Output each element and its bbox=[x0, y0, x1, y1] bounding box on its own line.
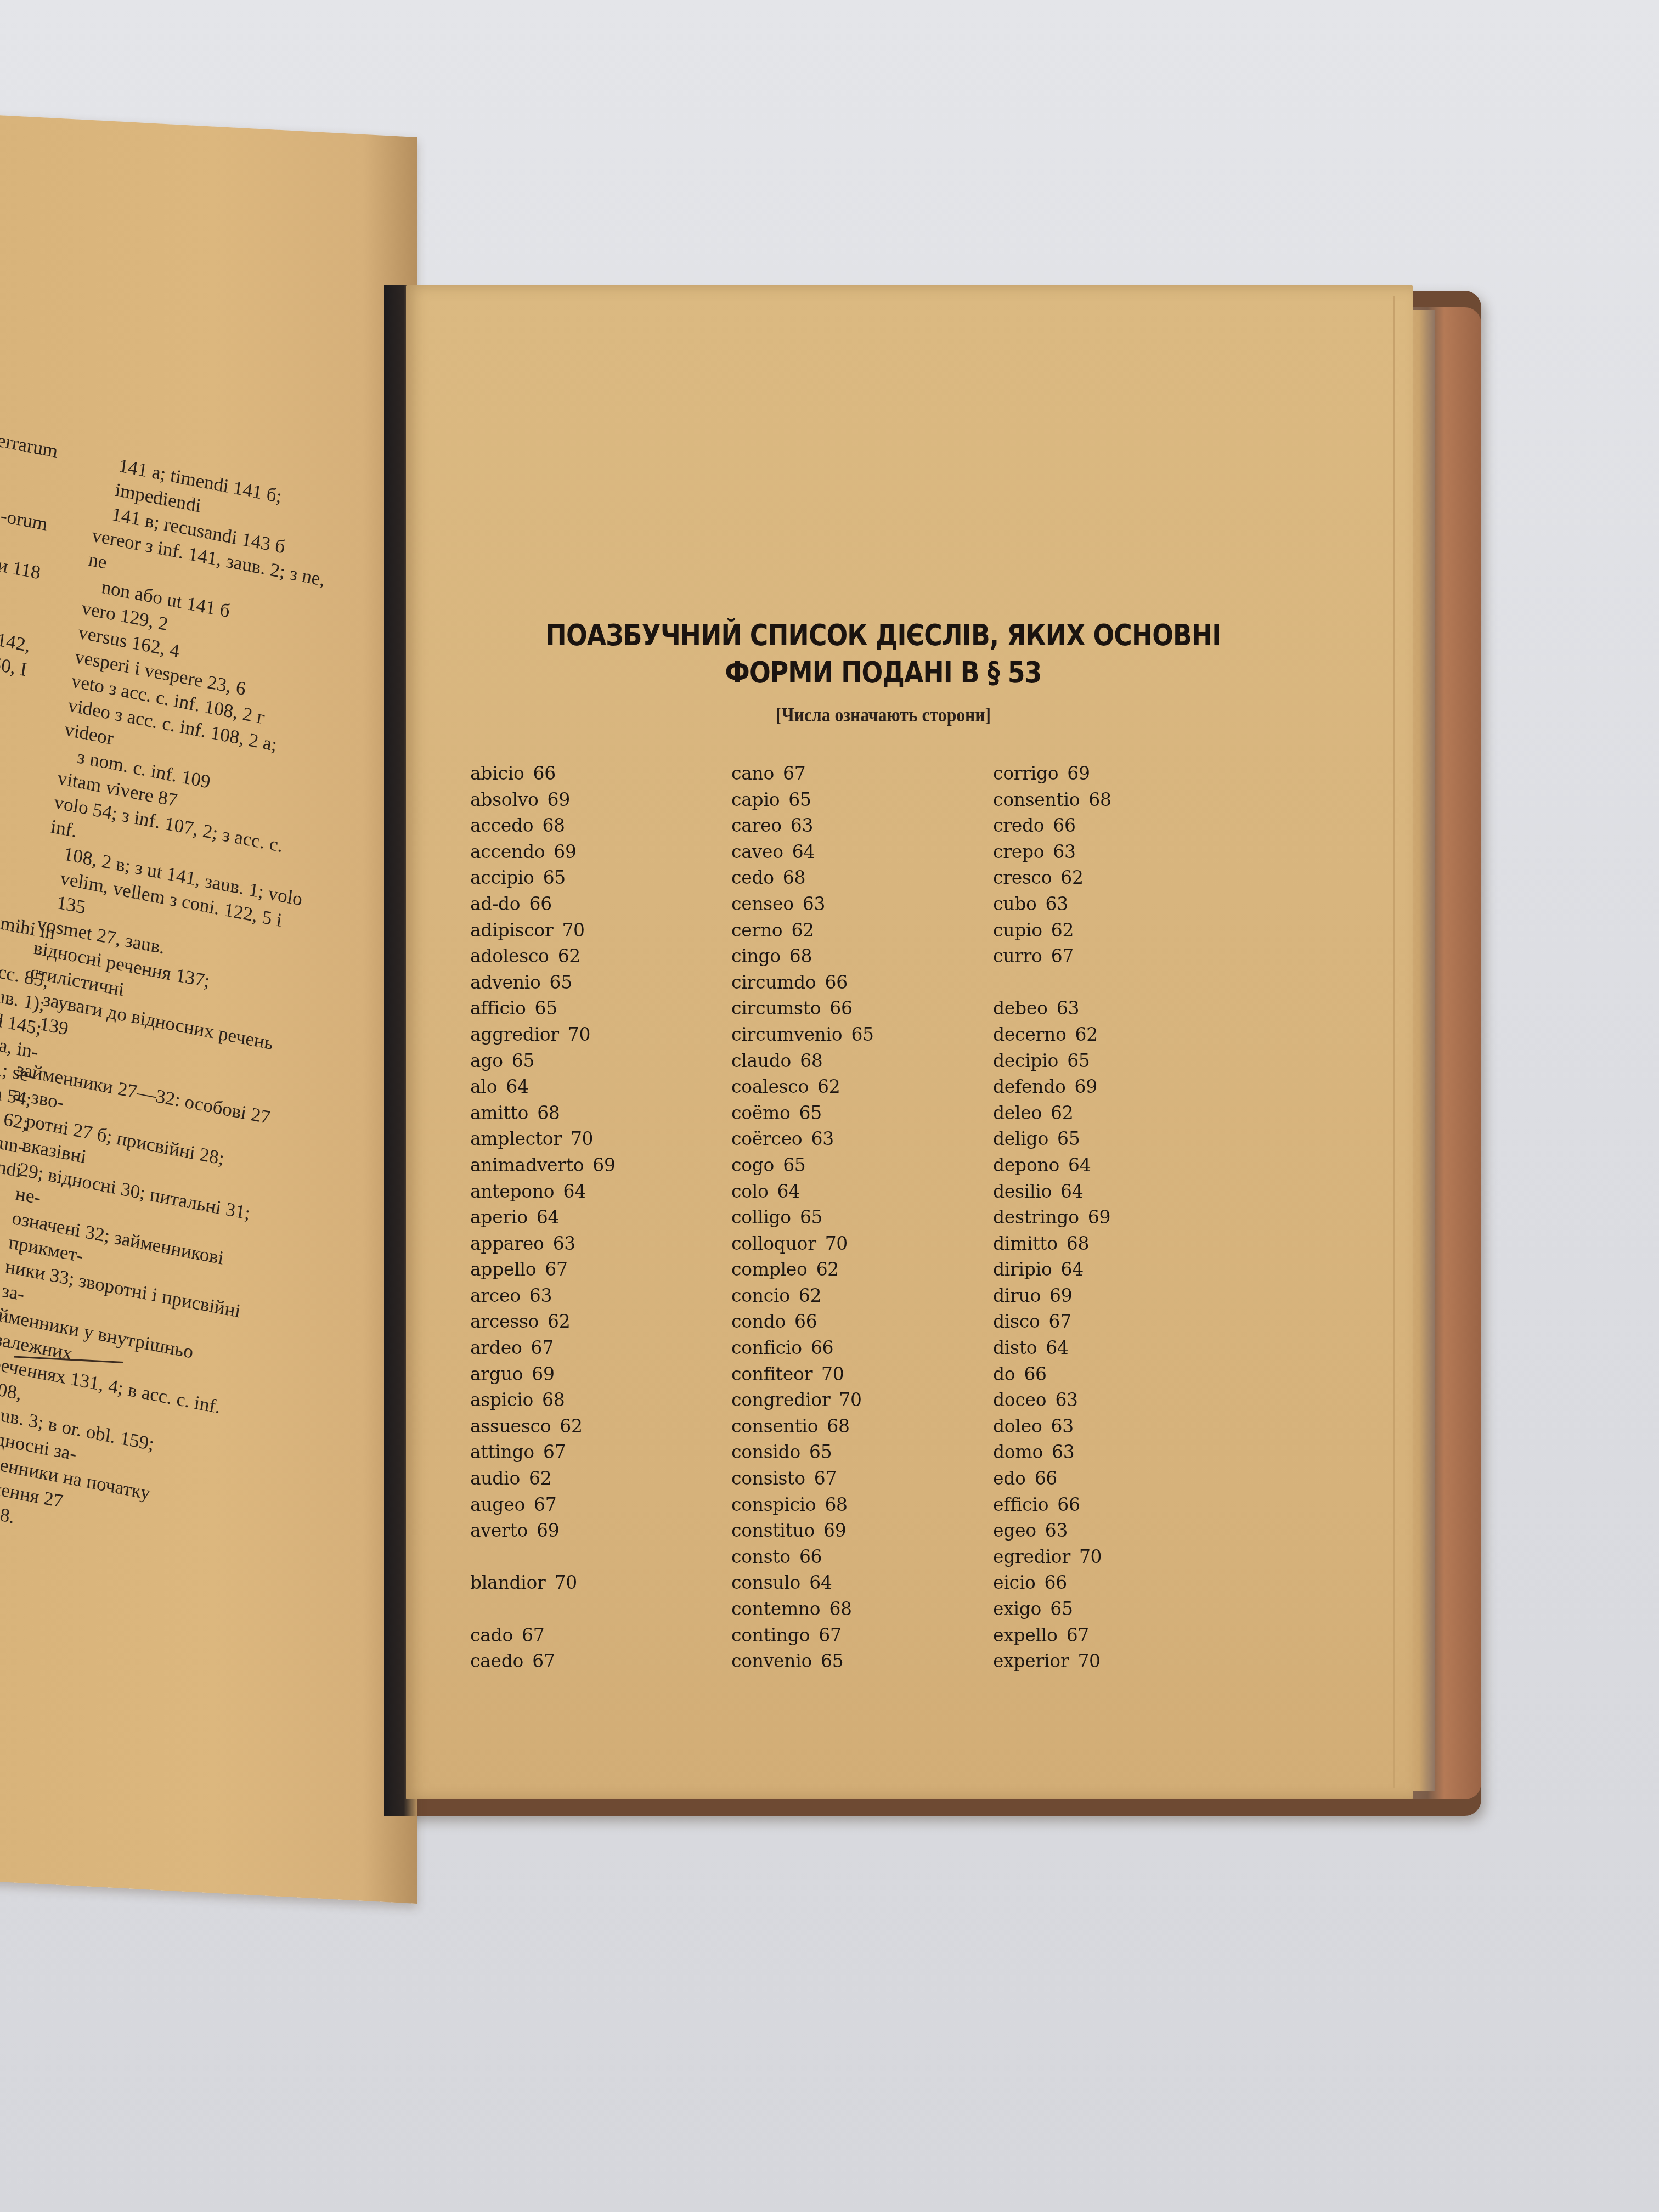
page-number: 62 bbox=[529, 1468, 551, 1489]
verb-index-entry: caveo64 bbox=[731, 839, 874, 865]
page-number: 65 bbox=[800, 1206, 822, 1228]
verb-index-entry: domo63 bbox=[993, 1439, 1111, 1465]
verb-index-entry: consentio68 bbox=[731, 1413, 874, 1440]
page-number: 68 bbox=[1088, 789, 1111, 810]
verb-index-entry: cingo68 bbox=[731, 943, 874, 969]
verb-index-entry: concio62 bbox=[731, 1283, 874, 1309]
verb-index-entry: accipio65 bbox=[470, 865, 616, 891]
page-number: 66 bbox=[529, 893, 551, 915]
verb-name: coëmo bbox=[731, 1102, 791, 1124]
verb-name: arceo bbox=[470, 1285, 521, 1306]
verb-name: doleo bbox=[993, 1415, 1042, 1437]
verb-name: compleo bbox=[731, 1259, 808, 1280]
verb-name: diruo bbox=[993, 1285, 1041, 1306]
page-number: 68 bbox=[829, 1598, 851, 1620]
page-number: 67 bbox=[545, 1259, 567, 1280]
verb-name: antepono bbox=[470, 1181, 554, 1202]
verb-name: caedo bbox=[470, 1650, 523, 1672]
verb-index-entry: capio65 bbox=[731, 787, 874, 813]
verb-index-entry: arceo63 bbox=[470, 1283, 616, 1309]
verb-name: circumdo bbox=[731, 972, 816, 993]
page-number: 69 bbox=[554, 841, 576, 862]
page-number: 67 bbox=[1048, 1311, 1071, 1332]
verb-index-entry: diripio64 bbox=[993, 1256, 1111, 1283]
verb-name: amitto bbox=[470, 1102, 528, 1124]
verb-index-entry: alo64 bbox=[470, 1074, 616, 1100]
verb-index-entry: consulo64 bbox=[731, 1570, 874, 1596]
page-number: 62 bbox=[1051, 1102, 1073, 1124]
verb-name: alo bbox=[470, 1076, 497, 1097]
verb-name: eicio bbox=[993, 1572, 1036, 1593]
page-number: 69 bbox=[823, 1520, 846, 1541]
verb-index-entry: cado67 bbox=[470, 1622, 616, 1649]
verb-name: debeo bbox=[993, 997, 1048, 1019]
verb-index-entry: consisto67 bbox=[731, 1465, 874, 1492]
page-number: 64 bbox=[1060, 1259, 1083, 1280]
verb-index-entry: cresco62 bbox=[993, 865, 1111, 891]
page-number: 66 bbox=[1057, 1494, 1080, 1515]
page-number: 63 bbox=[529, 1285, 552, 1306]
verb-name: decerno bbox=[993, 1024, 1066, 1045]
page-number: 67 bbox=[531, 1337, 553, 1358]
verb-name: attingo bbox=[470, 1441, 534, 1463]
verb-index-entry: destringo69 bbox=[993, 1204, 1111, 1231]
verb-index-entry: arcesso62 bbox=[470, 1308, 616, 1335]
verb-index-entry: dimitto68 bbox=[993, 1231, 1111, 1257]
verb-name: caveo bbox=[731, 841, 783, 862]
verb-name: conficio bbox=[731, 1337, 802, 1358]
verb-index-entry: defendo69 bbox=[993, 1074, 1111, 1100]
verb-name: audio bbox=[470, 1468, 520, 1489]
verb-name: do bbox=[993, 1363, 1015, 1385]
page-number: 67 bbox=[814, 1468, 837, 1489]
verb-name: dimitto bbox=[993, 1233, 1058, 1254]
verb-index-entry: doceo63 bbox=[993, 1387, 1111, 1413]
page-number: 64 bbox=[777, 1181, 800, 1202]
verb-index-entry: cedo68 bbox=[731, 865, 874, 891]
verb-index-entry: careo63 bbox=[731, 812, 874, 839]
page-number: 63 bbox=[1045, 1520, 1068, 1541]
verb-name: cresco bbox=[993, 867, 1052, 888]
verb-name: conspicio bbox=[731, 1494, 816, 1515]
verb-index-entry: constituo69 bbox=[731, 1517, 874, 1544]
verb-name: credo bbox=[993, 815, 1044, 836]
page-number: 63 bbox=[1053, 841, 1075, 862]
verb-name: coalesco bbox=[731, 1076, 809, 1097]
verb-index-entry: diruo69 bbox=[993, 1283, 1111, 1309]
page-number: 62 bbox=[560, 1415, 582, 1437]
verb-index-entry: appareo63 bbox=[470, 1231, 616, 1257]
verb-name: amplector bbox=[470, 1128, 562, 1149]
verb-name: concio bbox=[731, 1285, 790, 1306]
verb-name: aspicio bbox=[470, 1389, 533, 1410]
verb-index-entry: arguo69 bbox=[470, 1361, 616, 1387]
verb-name: cogo bbox=[731, 1154, 774, 1176]
page-number: 62 bbox=[816, 1259, 839, 1280]
page-number: 62 bbox=[548, 1311, 570, 1332]
verb-index-entry: caedo67 bbox=[470, 1648, 616, 1674]
verb-index-entry: cupio62 bbox=[993, 917, 1111, 944]
verb-index-entry: antepono64 bbox=[470, 1178, 616, 1205]
left-page-outer-fragments: i terrarumам. -orumi часи 118. 141, 142,… bbox=[0, 421, 59, 682]
verb-index-entry: ardeo67 bbox=[470, 1335, 616, 1361]
verb-name: capio bbox=[731, 789, 780, 810]
verb-index-entry: desilio64 bbox=[993, 1178, 1111, 1205]
verb-name: colligo bbox=[731, 1206, 791, 1228]
verb-name: cupio bbox=[993, 919, 1042, 941]
verb-name: cano bbox=[731, 763, 774, 784]
verb-index-entry: aspicio68 bbox=[470, 1387, 616, 1413]
page-number: 68 bbox=[825, 1494, 847, 1515]
page-number: 66 bbox=[799, 1546, 822, 1567]
verb-column-1: abicio66absolvo69accedo68accendo69accipi… bbox=[470, 760, 616, 1674]
verb-name: decipio bbox=[993, 1050, 1058, 1071]
page-number: 70 bbox=[555, 1572, 577, 1593]
verb-index-entry: colo64 bbox=[731, 1178, 874, 1205]
page-number: 62 bbox=[817, 1076, 840, 1097]
verb-name: cubo bbox=[993, 893, 1037, 915]
verb-name: congredior bbox=[731, 1389, 830, 1410]
verb-index-entry: circumsto66 bbox=[731, 995, 874, 1022]
page-title: ПОАЗБУЧНИЙ СПИСОК ДІЄСЛІВ, ЯКИХ ОСНОВНІ … bbox=[529, 617, 1237, 692]
verb-name: deligo bbox=[993, 1128, 1048, 1149]
page-fold-line bbox=[1393, 296, 1395, 1788]
verb-index-entry: adolesco62 bbox=[470, 943, 616, 969]
verb-index-entry: debeo63 bbox=[993, 995, 1111, 1022]
verb-name: corrigo bbox=[993, 763, 1058, 784]
verb-name: accendo bbox=[470, 841, 545, 862]
verb-index-entry: claudo68 bbox=[731, 1048, 874, 1074]
verb-name: consido bbox=[731, 1441, 800, 1463]
verb-index-entry: cano67 bbox=[731, 760, 874, 787]
verb-name: abicio bbox=[470, 763, 524, 784]
verb-index-entry: condo66 bbox=[731, 1308, 874, 1335]
page-number: 63 bbox=[1046, 893, 1068, 915]
verb-name: defendo bbox=[993, 1076, 1066, 1097]
page-number: 66 bbox=[794, 1311, 817, 1332]
verb-index-entry: eicio66 bbox=[993, 1570, 1111, 1596]
page-number: 65 bbox=[512, 1050, 534, 1071]
verb-name: desilio bbox=[993, 1181, 1052, 1202]
verb-name: colo bbox=[731, 1181, 769, 1202]
verb-name: egredior bbox=[993, 1546, 1070, 1567]
verb-name: circumsto bbox=[731, 997, 821, 1019]
verb-name: aperio bbox=[470, 1206, 528, 1228]
page-number: 65 bbox=[534, 997, 557, 1019]
verb-name: cado bbox=[470, 1624, 513, 1646]
page-number: 68 bbox=[827, 1415, 849, 1437]
verb-index-entry: augeo67 bbox=[470, 1492, 616, 1518]
verb-name: depono bbox=[993, 1154, 1059, 1176]
verb-index-entry: afficio65 bbox=[470, 995, 616, 1022]
page-title-line-2: ФОРМИ ПОДАНІ В § 53 bbox=[529, 654, 1237, 692]
verb-index-entry: censeo63 bbox=[731, 891, 874, 917]
verb-index-entry: absolvo69 bbox=[470, 787, 616, 813]
page-number: 67 bbox=[783, 763, 805, 784]
page-number: 69 bbox=[537, 1520, 559, 1541]
verb-name: consisto bbox=[731, 1468, 805, 1489]
verb-column-3: corrigo69consentio68credo66crepo63cresco… bbox=[993, 760, 1111, 1674]
page-number: 67 bbox=[1051, 945, 1074, 967]
verb-name: ardeo bbox=[470, 1337, 522, 1358]
verb-index-entry: experior70 bbox=[993, 1648, 1111, 1674]
verb-index-entry: disco67 bbox=[993, 1308, 1111, 1335]
page-number: 66 bbox=[1035, 1468, 1057, 1489]
page-number: 65 bbox=[1067, 1050, 1090, 1071]
verb-index-entry: circumdo66 bbox=[731, 969, 874, 996]
verb-name: consentio bbox=[731, 1415, 818, 1437]
verb-name: condo bbox=[731, 1311, 786, 1332]
page-number: 66 bbox=[1045, 1572, 1067, 1593]
verb-name: doceo bbox=[993, 1389, 1046, 1410]
left-page-index-column: 141 а; timendi 141 б; impediendi141 в; r… bbox=[0, 450, 359, 1567]
page-number: 63 bbox=[1055, 1389, 1077, 1410]
page-number: 65 bbox=[1057, 1128, 1080, 1149]
page-number: 70 bbox=[562, 919, 584, 941]
verb-name: animadverto bbox=[470, 1154, 584, 1176]
page-number: 69 bbox=[592, 1154, 615, 1176]
verb-index-entry: credo66 bbox=[993, 812, 1111, 839]
verb-index-entry: corrigo69 bbox=[993, 760, 1111, 787]
page-number: 63 bbox=[553, 1233, 575, 1254]
verb-index-entry: amplector70 bbox=[470, 1126, 616, 1152]
verb-name: disto bbox=[993, 1337, 1037, 1358]
verb-name: appello bbox=[470, 1259, 536, 1280]
verb-index-entry: ad-do66 bbox=[470, 891, 616, 917]
verb-index-entry: doleo63 bbox=[993, 1413, 1111, 1440]
page-number: 68 bbox=[537, 1102, 560, 1124]
verb-name: destringo bbox=[993, 1206, 1079, 1228]
page-number: 70 bbox=[825, 1233, 848, 1254]
verb-index-entry: coërceo63 bbox=[731, 1126, 874, 1152]
page-number: 69 bbox=[1067, 763, 1090, 784]
verb-index-entry: conspicio68 bbox=[731, 1492, 874, 1518]
page-number: 66 bbox=[830, 997, 852, 1019]
verb-index-entry: contemno68 bbox=[731, 1596, 874, 1622]
verb-name: cerno bbox=[731, 919, 782, 941]
verb-name: confiteor bbox=[731, 1363, 812, 1385]
verb-name: aggredior bbox=[470, 1024, 559, 1045]
verb-index-entry: convenio65 bbox=[731, 1648, 874, 1674]
page-number: 64 bbox=[1046, 1337, 1068, 1358]
verb-name: coërceo bbox=[731, 1128, 802, 1149]
verb-index-entry: conficio66 bbox=[731, 1335, 874, 1361]
verb-name: contingo bbox=[731, 1624, 810, 1646]
page-number: 64 bbox=[506, 1076, 528, 1097]
verb-name: adolesco bbox=[470, 945, 549, 967]
verb-name: averto bbox=[470, 1520, 528, 1541]
page-number: 68 bbox=[542, 815, 565, 836]
verb-name: crepo bbox=[993, 841, 1044, 862]
page-number: 67 bbox=[1066, 1624, 1089, 1646]
verb-index-entry: deleo62 bbox=[993, 1100, 1111, 1126]
verb-name: efficio bbox=[993, 1494, 1048, 1515]
verb-index-entry: attingo67 bbox=[470, 1439, 616, 1465]
verb-name: diripio bbox=[993, 1259, 1052, 1280]
page-number: 70 bbox=[1079, 1546, 1102, 1567]
page-number: 68 bbox=[800, 1050, 822, 1071]
page-number: 65 bbox=[809, 1441, 832, 1463]
verb-name: accipio bbox=[470, 867, 534, 888]
verb-index-entry: accendo69 bbox=[470, 839, 616, 865]
verb-index-entry: aperio64 bbox=[470, 1204, 616, 1231]
verb-index-entry: congredior70 bbox=[731, 1387, 874, 1413]
page-number: 69 bbox=[532, 1363, 554, 1385]
page-number: 62 bbox=[791, 919, 814, 941]
verb-name: curro bbox=[993, 945, 1042, 967]
verb-index-entry: depono64 bbox=[993, 1152, 1111, 1178]
page-number: 63 bbox=[791, 815, 813, 836]
verb-name: disco bbox=[993, 1311, 1040, 1332]
page-number: 65 bbox=[788, 789, 811, 810]
verb-name: circumvenio bbox=[731, 1024, 842, 1045]
verb-index-entry: consentio68 bbox=[993, 787, 1111, 813]
verb-index-entry: assuesco62 bbox=[470, 1413, 616, 1440]
verb-name: afficio bbox=[470, 997, 526, 1019]
page-number: 63 bbox=[811, 1128, 833, 1149]
verb-name: consulo bbox=[731, 1572, 800, 1593]
verb-name: blandior bbox=[470, 1572, 546, 1593]
page-number: 69 bbox=[548, 789, 570, 810]
page-number: 69 bbox=[1088, 1206, 1110, 1228]
page-number: 63 bbox=[1057, 997, 1079, 1019]
verb-name: cingo bbox=[731, 945, 781, 967]
verb-column-2: cano67capio65careo63caveo64cedo68censeo6… bbox=[731, 760, 874, 1674]
page-number: 67 bbox=[532, 1650, 555, 1672]
page-number: 65 bbox=[550, 972, 572, 993]
verb-name: experior bbox=[993, 1650, 1069, 1672]
verb-name: arguo bbox=[470, 1363, 523, 1385]
verb-name: absolvo bbox=[470, 789, 539, 810]
verb-index-entry: advenio65 bbox=[470, 969, 616, 996]
page-number: 70 bbox=[571, 1128, 593, 1149]
page-number: 70 bbox=[568, 1024, 590, 1045]
page-number: 64 bbox=[809, 1572, 832, 1593]
right-page: ПОАЗБУЧНИЙ СПИСОК ДІЄСЛІВ, ЯКИХ ОСНОВНІ … bbox=[406, 285, 1413, 1799]
verb-index-entry: audio62 bbox=[470, 1465, 616, 1492]
verb-index-entry: efficio66 bbox=[993, 1492, 1111, 1518]
verb-name: consentio bbox=[993, 789, 1080, 810]
verb-index-entry: accedo68 bbox=[470, 812, 616, 839]
page-number: 63 bbox=[1052, 1441, 1074, 1463]
verb-index-entry: cogo65 bbox=[731, 1152, 874, 1178]
left-page: i terrarumам. -orumi часи 118. 141, 142,… bbox=[0, 114, 417, 1904]
verb-index-entry: abicio66 bbox=[470, 760, 616, 787]
verb-name: careo bbox=[731, 815, 782, 836]
verb-index-entry: appello67 bbox=[470, 1256, 616, 1283]
page-number: 66 bbox=[825, 972, 847, 993]
verb-name: augeo bbox=[470, 1494, 525, 1515]
verb-index-entry: disto64 bbox=[993, 1335, 1111, 1361]
verb-name: deleo bbox=[993, 1102, 1042, 1124]
page-number: 65 bbox=[783, 1154, 805, 1176]
verb-name: egeo bbox=[993, 1520, 1036, 1541]
page-number: 68 bbox=[542, 1389, 565, 1410]
verb-index-entry: consido65 bbox=[731, 1439, 874, 1465]
verb-index-entry: compleo62 bbox=[731, 1256, 874, 1283]
verb-index-entry: aggredior70 bbox=[470, 1022, 616, 1048]
page-number: 69 bbox=[1049, 1285, 1072, 1306]
verb-name: convenio bbox=[731, 1650, 812, 1672]
page-number: 64 bbox=[1060, 1181, 1083, 1202]
page-number: 67 bbox=[819, 1624, 841, 1646]
page-number: 65 bbox=[851, 1024, 873, 1045]
verb-index-entry: blandior70 bbox=[470, 1570, 616, 1596]
verb-name: advenio bbox=[470, 972, 541, 993]
page-number: 65 bbox=[821, 1650, 843, 1672]
verb-name: cedo bbox=[731, 867, 774, 888]
verb-index-entry: coalesco62 bbox=[731, 1074, 874, 1100]
page-number: 64 bbox=[563, 1181, 585, 1202]
page-number: 68 bbox=[1066, 1233, 1089, 1254]
page-number: 69 bbox=[1075, 1076, 1097, 1097]
page-number: 65 bbox=[543, 867, 566, 888]
page-number: 67 bbox=[534, 1494, 556, 1515]
page-number: 62 bbox=[1051, 919, 1074, 941]
verb-index-entry: animadverto69 bbox=[470, 1152, 616, 1178]
verb-index-entry: cerno62 bbox=[731, 917, 874, 944]
verb-name: ad-do bbox=[470, 893, 520, 915]
verb-name: domo bbox=[993, 1441, 1043, 1463]
verb-name: constituo bbox=[731, 1520, 815, 1541]
verb-index-entry: consto66 bbox=[731, 1544, 874, 1570]
verb-index-entry: curro67 bbox=[993, 943, 1111, 969]
page-number: 70 bbox=[821, 1363, 844, 1385]
page-number: 65 bbox=[1050, 1598, 1073, 1620]
page-number: 63 bbox=[1051, 1415, 1073, 1437]
page-number: 68 bbox=[789, 945, 812, 967]
verb-name: ago bbox=[470, 1050, 503, 1071]
page-number: 64 bbox=[537, 1206, 559, 1228]
page-number: 62 bbox=[558, 945, 580, 967]
verb-index-entry: adipiscor70 bbox=[470, 917, 616, 944]
verb-index-entry: confiteor70 bbox=[731, 1361, 874, 1387]
page-number: 65 bbox=[799, 1102, 822, 1124]
verb-index-entry: decipio65 bbox=[993, 1048, 1111, 1074]
page-number: 62 bbox=[799, 1285, 821, 1306]
verb-name: appareo bbox=[470, 1233, 544, 1254]
verb-name: claudo bbox=[731, 1050, 791, 1071]
page-number: 67 bbox=[522, 1624, 544, 1646]
page-subtitle: [Числа означають сторони] bbox=[521, 703, 1245, 726]
verb-index-entry: averto69 bbox=[470, 1517, 616, 1544]
verb-index-entry: egeo63 bbox=[993, 1517, 1111, 1544]
verb-index-entry: ago65 bbox=[470, 1048, 616, 1074]
page-number: 67 bbox=[543, 1441, 566, 1463]
page-number: 66 bbox=[1053, 815, 1075, 836]
verb-index-entry: cubo63 bbox=[993, 891, 1111, 917]
verb-index-entry: egredior70 bbox=[993, 1544, 1111, 1570]
verb-index-entry: coëmo65 bbox=[731, 1100, 874, 1126]
page-number: 62 bbox=[1075, 1024, 1097, 1045]
verb-name: expello bbox=[993, 1624, 1058, 1646]
verb-index-entry: expello67 bbox=[993, 1622, 1111, 1649]
verb-name: consto bbox=[731, 1546, 791, 1567]
verb-index-entry: decerno62 bbox=[993, 1022, 1111, 1048]
verb-name: arcesso bbox=[470, 1311, 539, 1332]
page-number: 66 bbox=[811, 1337, 833, 1358]
verb-index-entry: deligo65 bbox=[993, 1126, 1111, 1152]
verb-name: contemno bbox=[731, 1598, 820, 1620]
verb-name: censeo bbox=[731, 893, 794, 915]
verb-index-entry: exigo65 bbox=[993, 1596, 1111, 1622]
page-number: 62 bbox=[1060, 867, 1083, 888]
page-number: 63 bbox=[803, 893, 825, 915]
verb-index-entry: edo66 bbox=[993, 1465, 1111, 1492]
page-title-line-1: ПОАЗБУЧНИЙ СПИСОК ДІЄСЛІВ, ЯКИХ ОСНОВНІ bbox=[529, 617, 1237, 654]
verb-name: edo bbox=[993, 1468, 1026, 1489]
page-number: 68 bbox=[783, 867, 805, 888]
